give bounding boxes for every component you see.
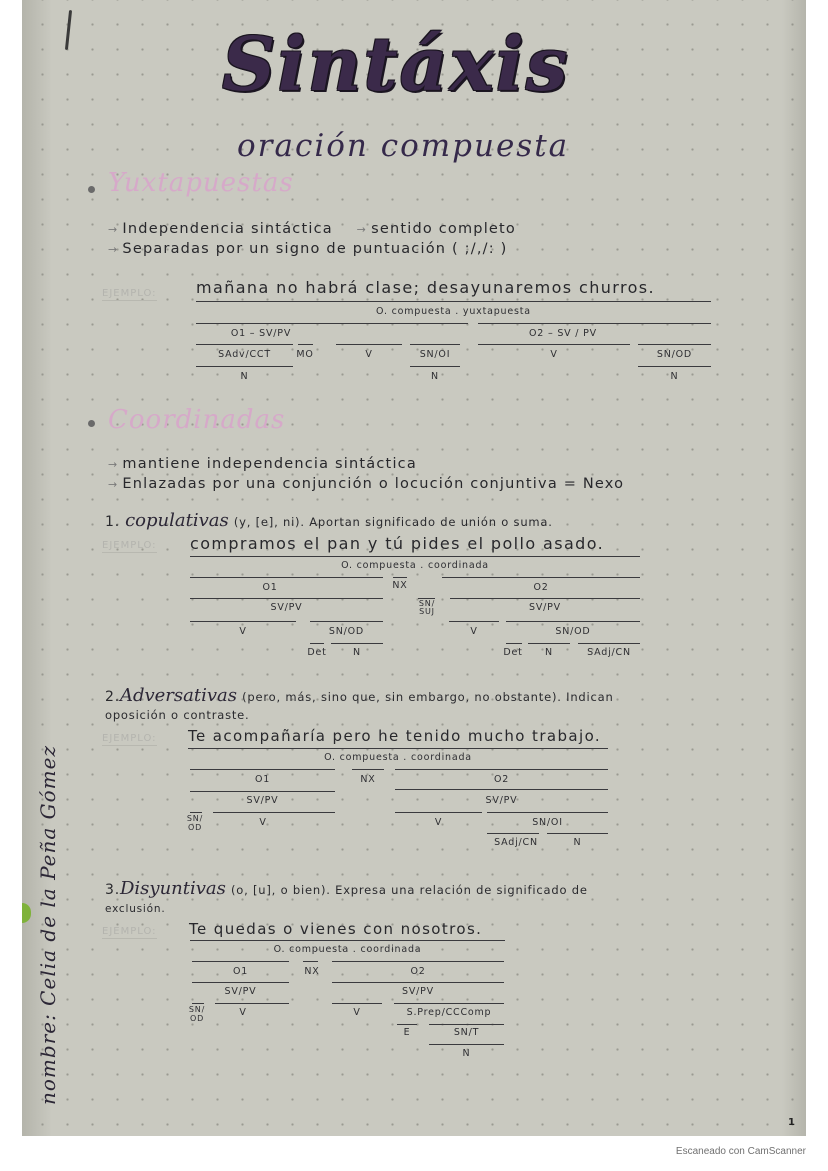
- tree-node: S.Prep/CCComp: [394, 1007, 504, 1018]
- tree-node: O. compuesta . coordinada: [190, 944, 505, 955]
- tree-node: O2: [332, 966, 504, 977]
- example-sentence: Te acompañaría pero he tenido mucho trab…: [188, 727, 601, 745]
- example-label: EJEMPLO:: [102, 733, 157, 746]
- section-heading-yuxtapuestas: Yuxtapuestas: [108, 168, 294, 198]
- tree-node: N: [547, 837, 608, 848]
- tree-node: SV/PV: [395, 795, 608, 806]
- arrow-icon: →: [108, 223, 118, 236]
- type-description: oposición o contraste.: [105, 708, 250, 722]
- example-sentence: mañana no habrá clase; desayunaremos chu…: [196, 278, 655, 297]
- tree-node: SN/OD: [506, 626, 640, 637]
- example-sentence: compramos el pan y tú pides el pollo asa…: [190, 534, 604, 553]
- type-heading-adversativas: 2.Adversativas (pero, más, sino que, sin…: [105, 685, 614, 706]
- scanner-watermark: Escaneado con CamScanner: [676, 1146, 806, 1157]
- tree-node: SN/OD: [310, 626, 383, 637]
- tree-node: SV/PV: [450, 602, 640, 613]
- page-tab-marker: [22, 903, 31, 923]
- tree-node: MO: [294, 349, 316, 360]
- section-heading-coordinadas: Coordinadas: [108, 405, 285, 435]
- example-label: EJEMPLO:: [102, 540, 157, 553]
- tree-node: SAdj/CN: [578, 647, 640, 658]
- arrow-icon: →: [108, 458, 118, 471]
- page-title: Sintáxis: [222, 22, 569, 108]
- tree-node: O2: [395, 774, 608, 785]
- tree-node: SV/PV: [190, 795, 335, 806]
- note-line: →mantiene independencia sintáctica: [108, 456, 417, 472]
- tree-node: V: [190, 626, 296, 637]
- arrow-icon: →: [108, 243, 118, 256]
- tree-node: V: [478, 349, 630, 360]
- tree-node: NX: [300, 966, 324, 977]
- page-subtitle: oración compuesta: [237, 128, 569, 164]
- arrow-icon: →: [357, 223, 367, 236]
- tree-node: E: [397, 1027, 417, 1038]
- type-heading-disyuntivas: 3.Disyuntivas (o, [u], o bien). Expresa …: [105, 878, 588, 899]
- tree-node: SAdv/CCT: [196, 349, 293, 360]
- tree-node: NX: [352, 774, 384, 785]
- tree-node: SV/PV: [190, 602, 383, 613]
- tree-node: O1: [192, 966, 289, 977]
- tree-node: SN/OI: [410, 349, 460, 360]
- tree-node: N: [528, 647, 570, 658]
- bullet-icon: [88, 186, 95, 193]
- tree-node: O. compuesta . yuxtapuesta: [196, 306, 711, 317]
- tree-node: V: [449, 626, 499, 637]
- note-line: →Enlazadas por una conjunción o locución…: [108, 476, 624, 492]
- tree-node: Det: [304, 647, 330, 658]
- example-label: EJEMPLO:: [102, 288, 157, 301]
- tree-node: SV/PV: [332, 986, 504, 997]
- tree-node: N: [429, 1048, 504, 1059]
- tree-node: SV/PV: [192, 986, 289, 997]
- tree-node: O1: [190, 774, 335, 785]
- tree-node: V: [336, 349, 402, 360]
- tree-node: SAdj/CN: [487, 837, 545, 848]
- tree-node: SN/T: [429, 1027, 504, 1038]
- tree-node: SN/ OD: [182, 814, 208, 832]
- tree-node: V: [215, 1007, 271, 1018]
- note-line: →Separadas por un signo de puntuación ( …: [108, 241, 507, 257]
- tree-node: V: [213, 817, 313, 828]
- note-line: →Independencia sintáctica →sentido compl…: [108, 221, 516, 237]
- page-number: 1: [788, 1117, 795, 1128]
- tree-node: NX: [388, 580, 412, 591]
- arrow-icon: →: [108, 478, 118, 491]
- tree-node: SN/ OD: [184, 1005, 210, 1023]
- tree-node: O2 – SV / PV: [478, 328, 648, 339]
- student-name: nombre: Celia de la Peña Gómez: [36, 745, 60, 1105]
- tree-node: N: [196, 371, 293, 382]
- example-sentence: Te quedas o vienes con nosotros.: [189, 920, 482, 938]
- type-heading-copulativas: 1. copulativas (y, [e], ni). Aportan sig…: [105, 510, 553, 531]
- bullet-icon: [88, 420, 95, 427]
- tree-node: N: [410, 371, 460, 382]
- tree-node: O1 – SV/PV: [196, 328, 326, 339]
- tree-node: V: [332, 1007, 382, 1018]
- tree-node: O1: [190, 582, 350, 593]
- tree-node: SN/OI: [487, 817, 608, 828]
- tree-node: N: [638, 371, 711, 382]
- tree-node: V: [395, 817, 482, 828]
- tree-node: O. compuesta . coordinada: [190, 560, 640, 571]
- tree-node: O2: [442, 582, 640, 593]
- tree-node: Det: [500, 647, 526, 658]
- tree-node: SN/ SUJ: [412, 600, 442, 616]
- tree-node: SN/OD: [638, 349, 711, 360]
- notebook-page: Sintáxis oración compuesta Yuxtapuestas …: [22, 0, 806, 1136]
- binding-mark: [65, 10, 72, 50]
- tree-node: O. compuesta . coordinada: [188, 752, 608, 763]
- type-description: exclusión.: [105, 903, 165, 915]
- example-label: EJEMPLO:: [102, 926, 157, 939]
- tree-node: N: [331, 647, 383, 658]
